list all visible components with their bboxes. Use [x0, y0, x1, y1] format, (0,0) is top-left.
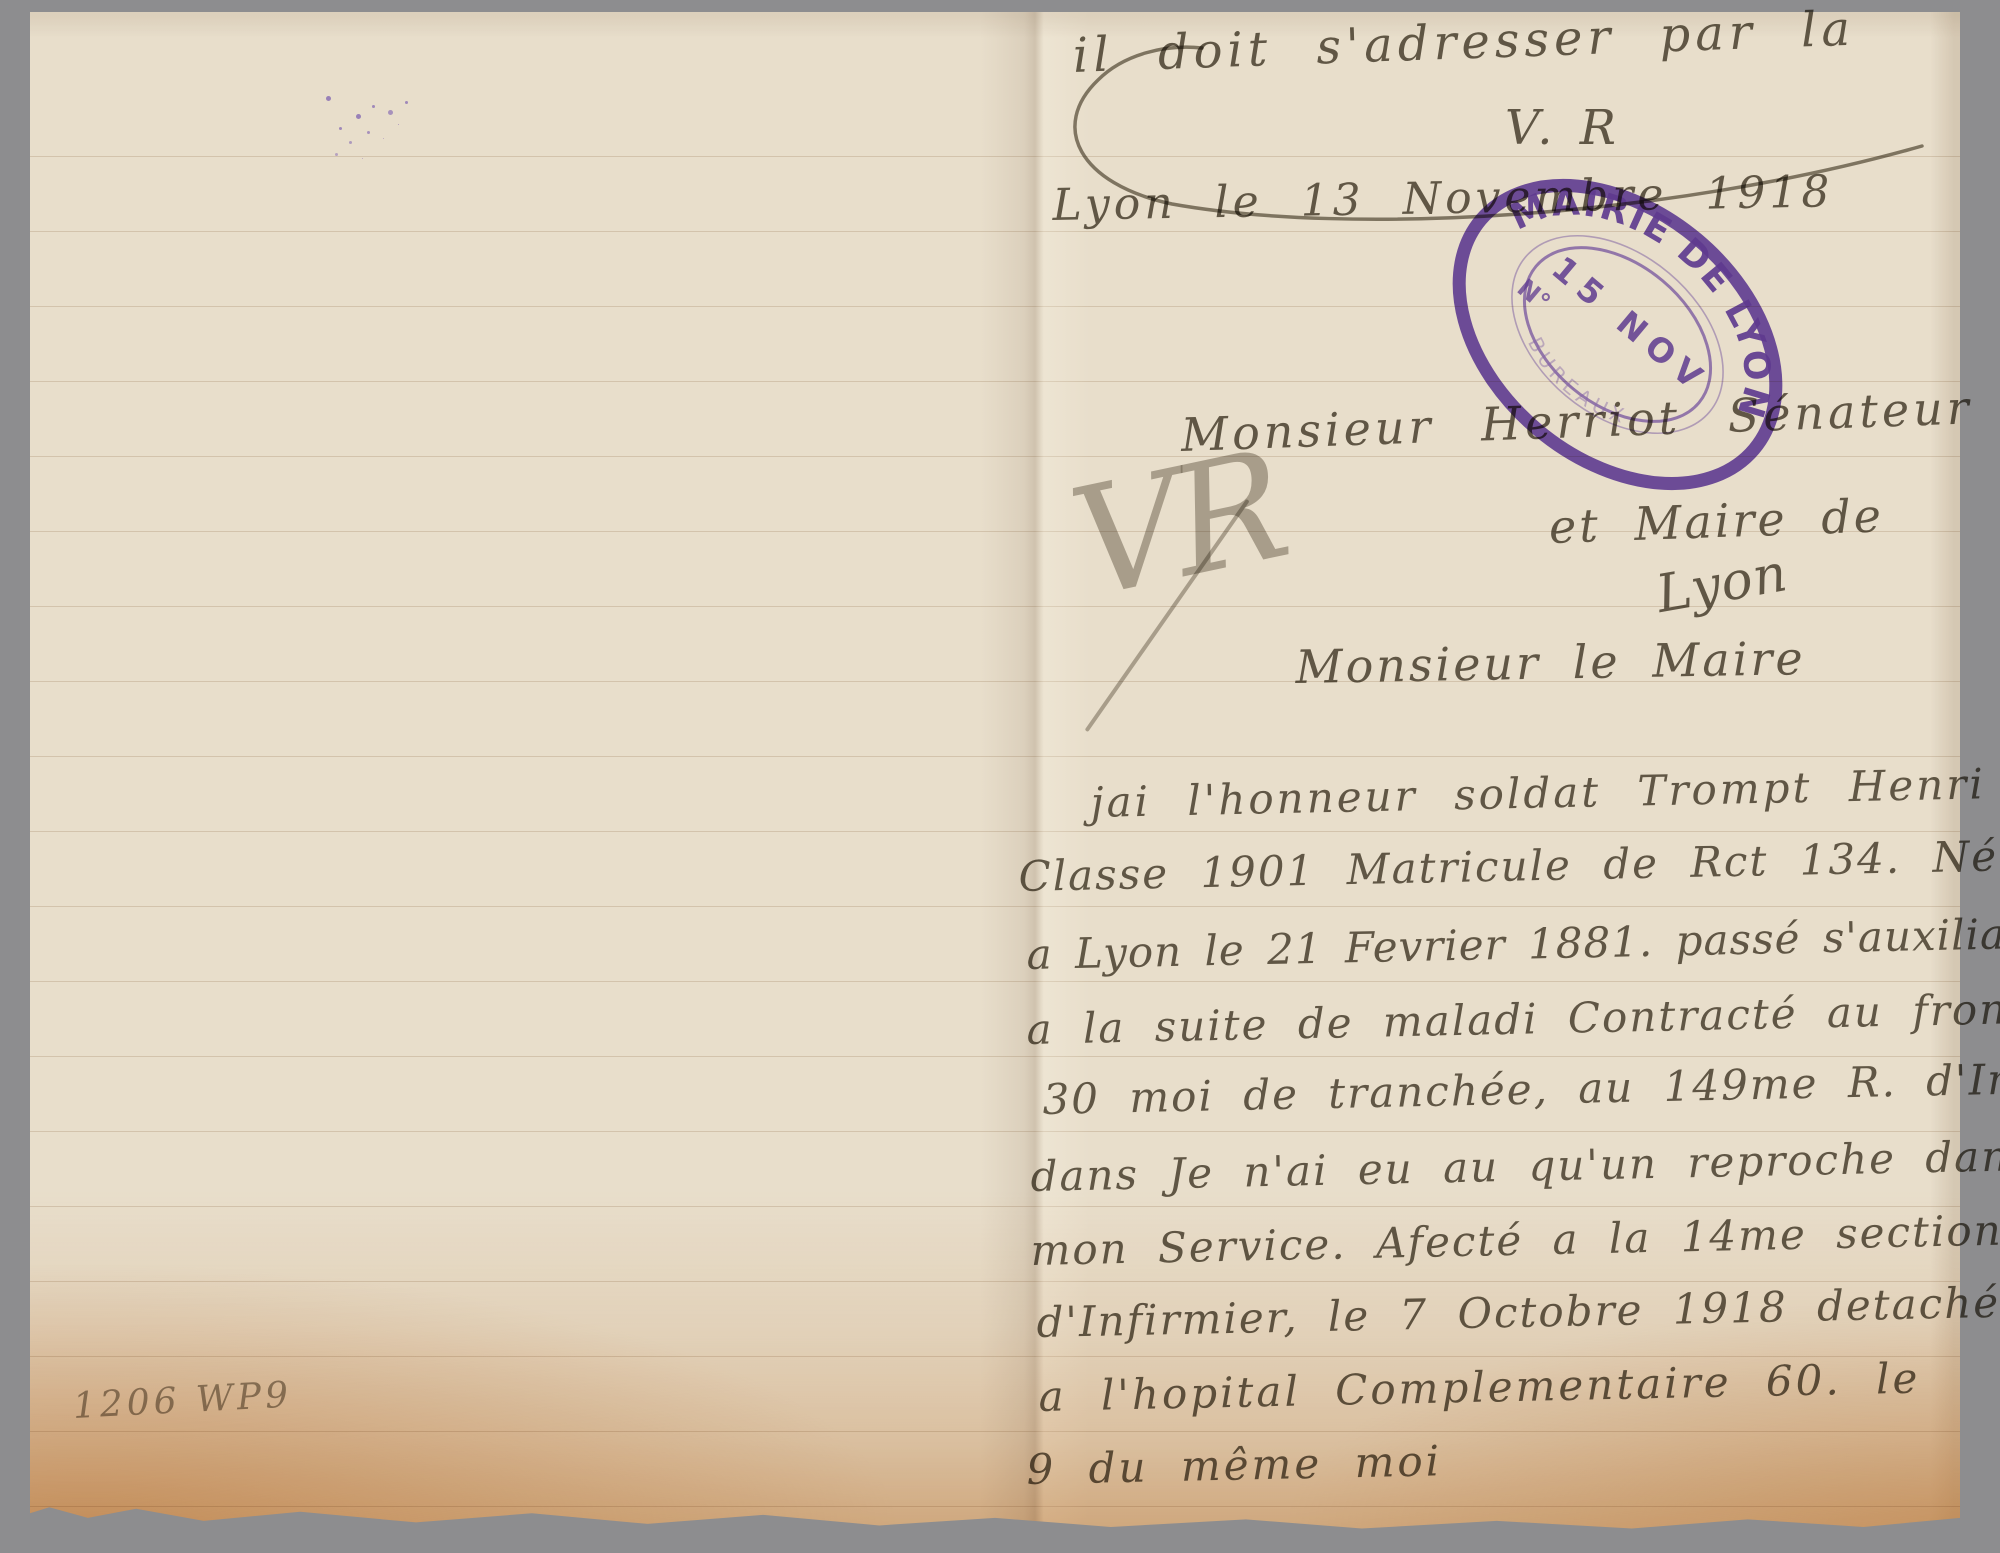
mairie-de-lyon-stamp: MAIRIE DE LYON 15 NOV N° BUREAUX — [1395, 112, 1840, 557]
ink-speckles — [326, 96, 331, 101]
body-line: 9 du même moi — [1026, 1436, 1443, 1494]
salutation: Monsieur le Maire — [1295, 631, 1806, 694]
scan-backdrop: il doit s'adresser par la V. R Lyon le 1… — [0, 0, 2000, 1553]
